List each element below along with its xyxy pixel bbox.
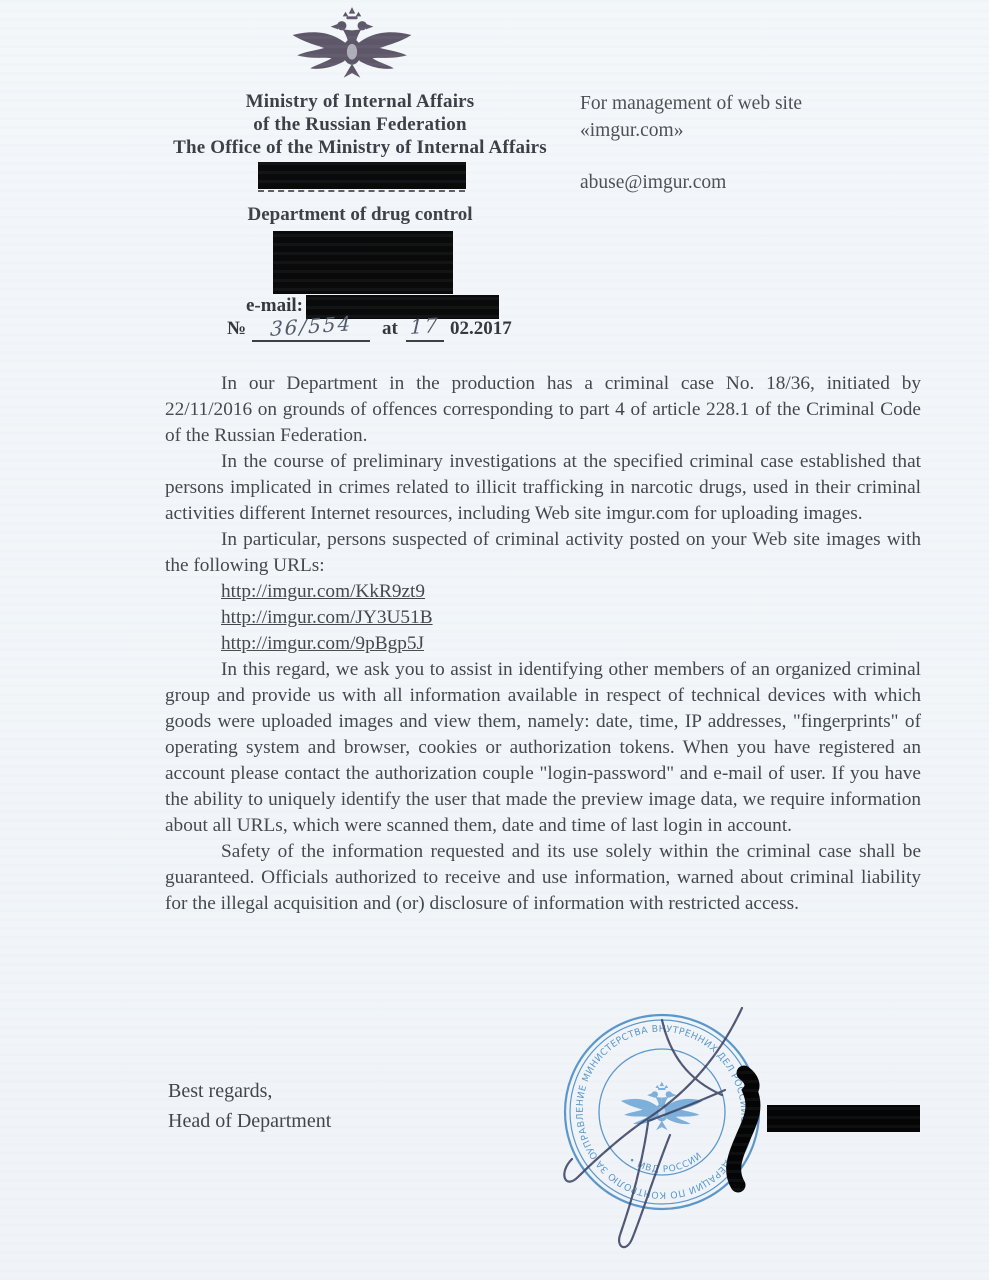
closing-title: Head of Department xyxy=(168,1106,331,1136)
closing-regards: Best regards, xyxy=(168,1076,331,1106)
double-headed-eagle-emblem xyxy=(287,6,417,90)
day-handwritten: 17 xyxy=(410,313,440,339)
stamp-eagle-icon xyxy=(621,1082,703,1131)
stamp-bottom-text: • МВД РОССИИ • xyxy=(520,995,704,1175)
org-line-1: Ministry of Internal Affairs xyxy=(150,90,570,113)
seal-signature-layer: УПРАВЛЕНИЕ МИНИСТЕРСТВА ВНУТРЕННИХ ДЕЛ Р… xyxy=(520,995,970,1280)
paragraph-4: In this regard, we ask you to assist in … xyxy=(165,657,921,839)
closing-block: Best regards, Head of Department xyxy=(168,1076,331,1136)
redaction-box-address xyxy=(273,231,453,294)
paragraph-3: In particular, persons suspected of crim… xyxy=(165,527,921,579)
registration-number-field: 36/554 xyxy=(252,314,370,342)
paragraph-5: Safety of the information requested and … xyxy=(165,839,921,917)
redaction-bar-signer-name xyxy=(767,1105,920,1132)
day-field: 17 xyxy=(406,314,444,342)
paragraph-2: In the course of preliminary investigati… xyxy=(165,449,921,527)
svg-text:• МВД РОССИИ •: • МВД РОССИИ • xyxy=(520,995,704,1175)
recipient-block: For management of web site «imgur.com» a… xyxy=(580,90,910,196)
scanned-letter-page: Ministry of Internal Affairs of the Russ… xyxy=(0,0,989,1280)
letterhead-org-block: Ministry of Internal Affairs of the Russ… xyxy=(150,90,570,159)
url-list-item: http://imgur.com/KkR9zt9 xyxy=(221,579,921,605)
dashed-divider xyxy=(258,190,465,192)
mvd-round-stamp: УПРАВЛЕНИЕ МИНИСТЕРСТВА ВНУТРЕННИХ ДЕЛ Р… xyxy=(520,995,759,1209)
url-list-item: http://imgur.com/9pBgp5J xyxy=(221,631,921,657)
recipient-line-2: «imgur.com» xyxy=(580,117,910,144)
letter-body: In our Department in the production has … xyxy=(165,371,921,917)
recipient-line-1: For management of web site xyxy=(580,90,910,117)
month-year-date: 02.2017 xyxy=(450,318,512,340)
url-list-item: http://imgur.com/JY3U51B xyxy=(221,605,921,631)
paragraph-1: In our Department in the production has … xyxy=(165,371,921,449)
department-title: Department of drug control xyxy=(150,204,570,226)
registration-number-handwritten: 36/554 xyxy=(269,311,352,341)
org-line-2: of the Russian Federation xyxy=(150,113,570,136)
recipient-email: abuse@imgur.com xyxy=(580,169,910,196)
imgur-url-link-3[interactable]: http://imgur.com/9pBgp5J xyxy=(221,633,424,654)
redaction-bar-unit-name xyxy=(258,162,466,189)
imgur-url-link-1[interactable]: http://imgur.com/KkR9zt9 xyxy=(221,581,425,602)
at-label: at xyxy=(382,318,398,340)
imgur-url-link-2[interactable]: http://imgur.com/JY3U51B xyxy=(221,607,433,628)
org-line-3: The Office of the Ministry of Internal A… xyxy=(150,136,570,159)
number-sign-label: № xyxy=(227,318,246,340)
